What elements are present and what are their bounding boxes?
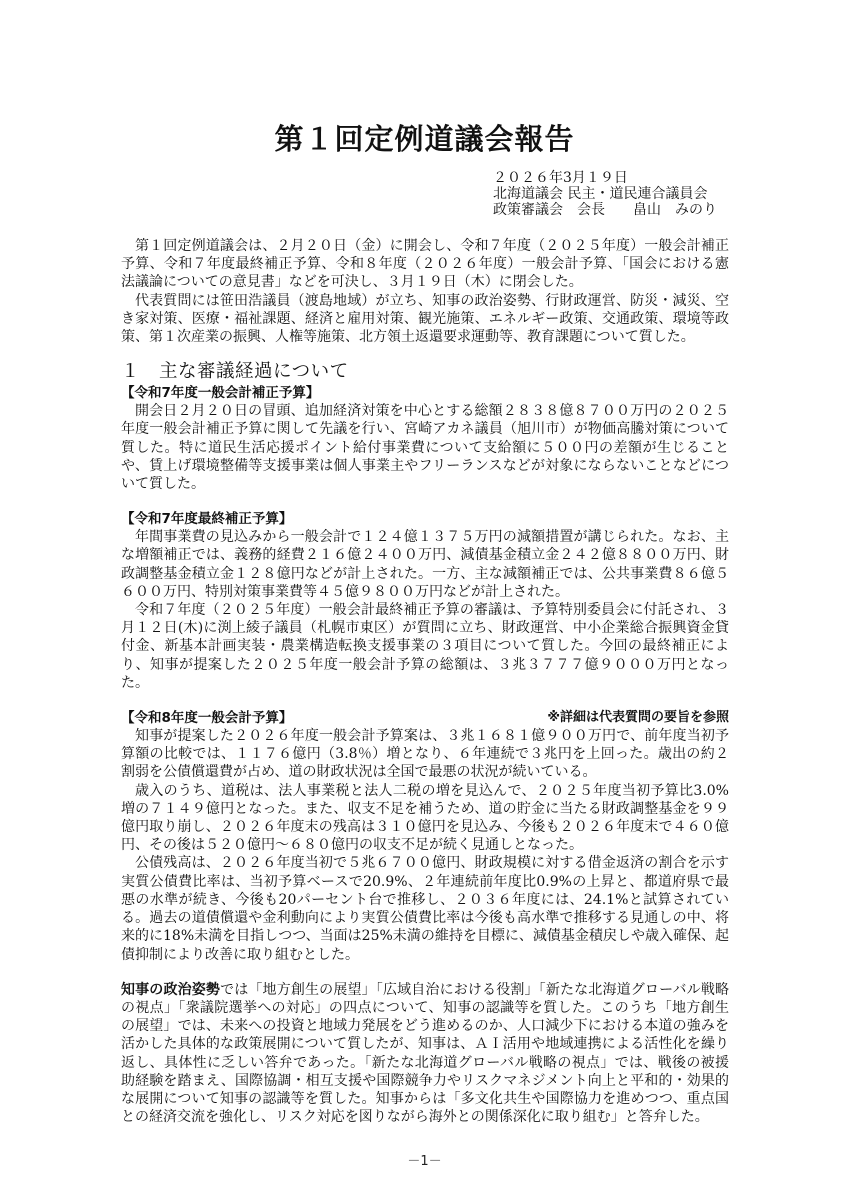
body-paragraph: 公債残高は、２０２６年度当初で５兆６７００億円、財政規模に対する借金返済の割合を… <box>121 854 729 963</box>
page-title: 第１回定例道議会報告 <box>0 117 849 158</box>
report-date: ２０２６年3月１９日 <box>493 170 717 186</box>
section-heading: １ 主な審議経過について <box>121 360 729 384</box>
subsection-heading: 【令和8年度一般会計予算】 ※詳細は代表質問の要旨を参照 <box>121 709 729 727</box>
governor-stance-text: では「地方創生の展望」「広域自治における役割」「新たな北海道グローバル戦略の視点… <box>121 982 729 1125</box>
body-paragraph: 令和７年度（２０２５年度）一般会計最終補正予算の審議は、予算特別委員会に付託され… <box>121 601 729 692</box>
document-page: 第１回定例道議会報告 ２０２６年3月１９日 北海道議会 民主・道民連合議員会 政… <box>0 0 849 1200</box>
report-meta: ２０２６年3月１９日 北海道議会 民主・道民連合議員会 政策審議会 会長 畠山 … <box>493 170 717 218</box>
intro-paragraph: 代表質問には笹田浩議員（渡島地域）が立ち、知事の政治姿勢、行財政運営、防災・減災… <box>121 292 729 347</box>
report-author: 政策審議会 会長 畠山 みのり <box>493 202 717 218</box>
page-number: －1－ <box>0 1150 849 1169</box>
subsection-title: 【令和7年度一般会計補正予算】 <box>121 384 319 402</box>
report-organization: 北海道議会 民主・道民連合議員会 <box>493 186 717 202</box>
spacer <box>121 964 729 981</box>
governor-stance-lead: 知事の政治姿勢 <box>121 982 220 998</box>
body-paragraph: 歳入のうち、道税は、法人事業税と法人二税の増を見込んで、２０２５年度当初予算比3… <box>121 782 729 855</box>
document-body: 第１回定例道議会は、２月２０日（金）に開会し、令和７年度（２０２５年度）一般会計… <box>121 237 729 1126</box>
spacer <box>121 692 729 709</box>
subsection-heading: 【令和7年度最終補正予算】 <box>121 510 729 528</box>
body-paragraph: 年間事業費の見込みから一般会計で１２４億１３７５万円の減額措置が講じられた。なお… <box>121 528 729 601</box>
subsection-title: 【令和8年度一般会計予算】 <box>121 709 292 727</box>
subsection-title: 【令和7年度最終補正予算】 <box>121 510 292 528</box>
spacer <box>121 493 729 510</box>
governor-stance-paragraph: 知事の政治姿勢では「地方創生の展望」「広域自治における役割」「新たな北海道グロー… <box>121 981 729 1127</box>
intro-paragraph: 第１回定例道議会は、２月２０日（金）に開会し、令和７年度（２０２５年度）一般会計… <box>121 237 729 292</box>
subsection-heading: 【令和7年度一般会計補正予算】 <box>121 384 729 402</box>
body-paragraph: 開会日２月２０日の冒頭、追加経済対策を中心とする総額２８３８億８７００万円の２０… <box>121 402 729 493</box>
body-paragraph: 知事が提案した２０２６年度一般会計予算案は、３兆１６８１億９００万円で、前年度当… <box>121 727 729 782</box>
reference-note: ※詳細は代表質問の要旨を参照 <box>547 709 729 727</box>
